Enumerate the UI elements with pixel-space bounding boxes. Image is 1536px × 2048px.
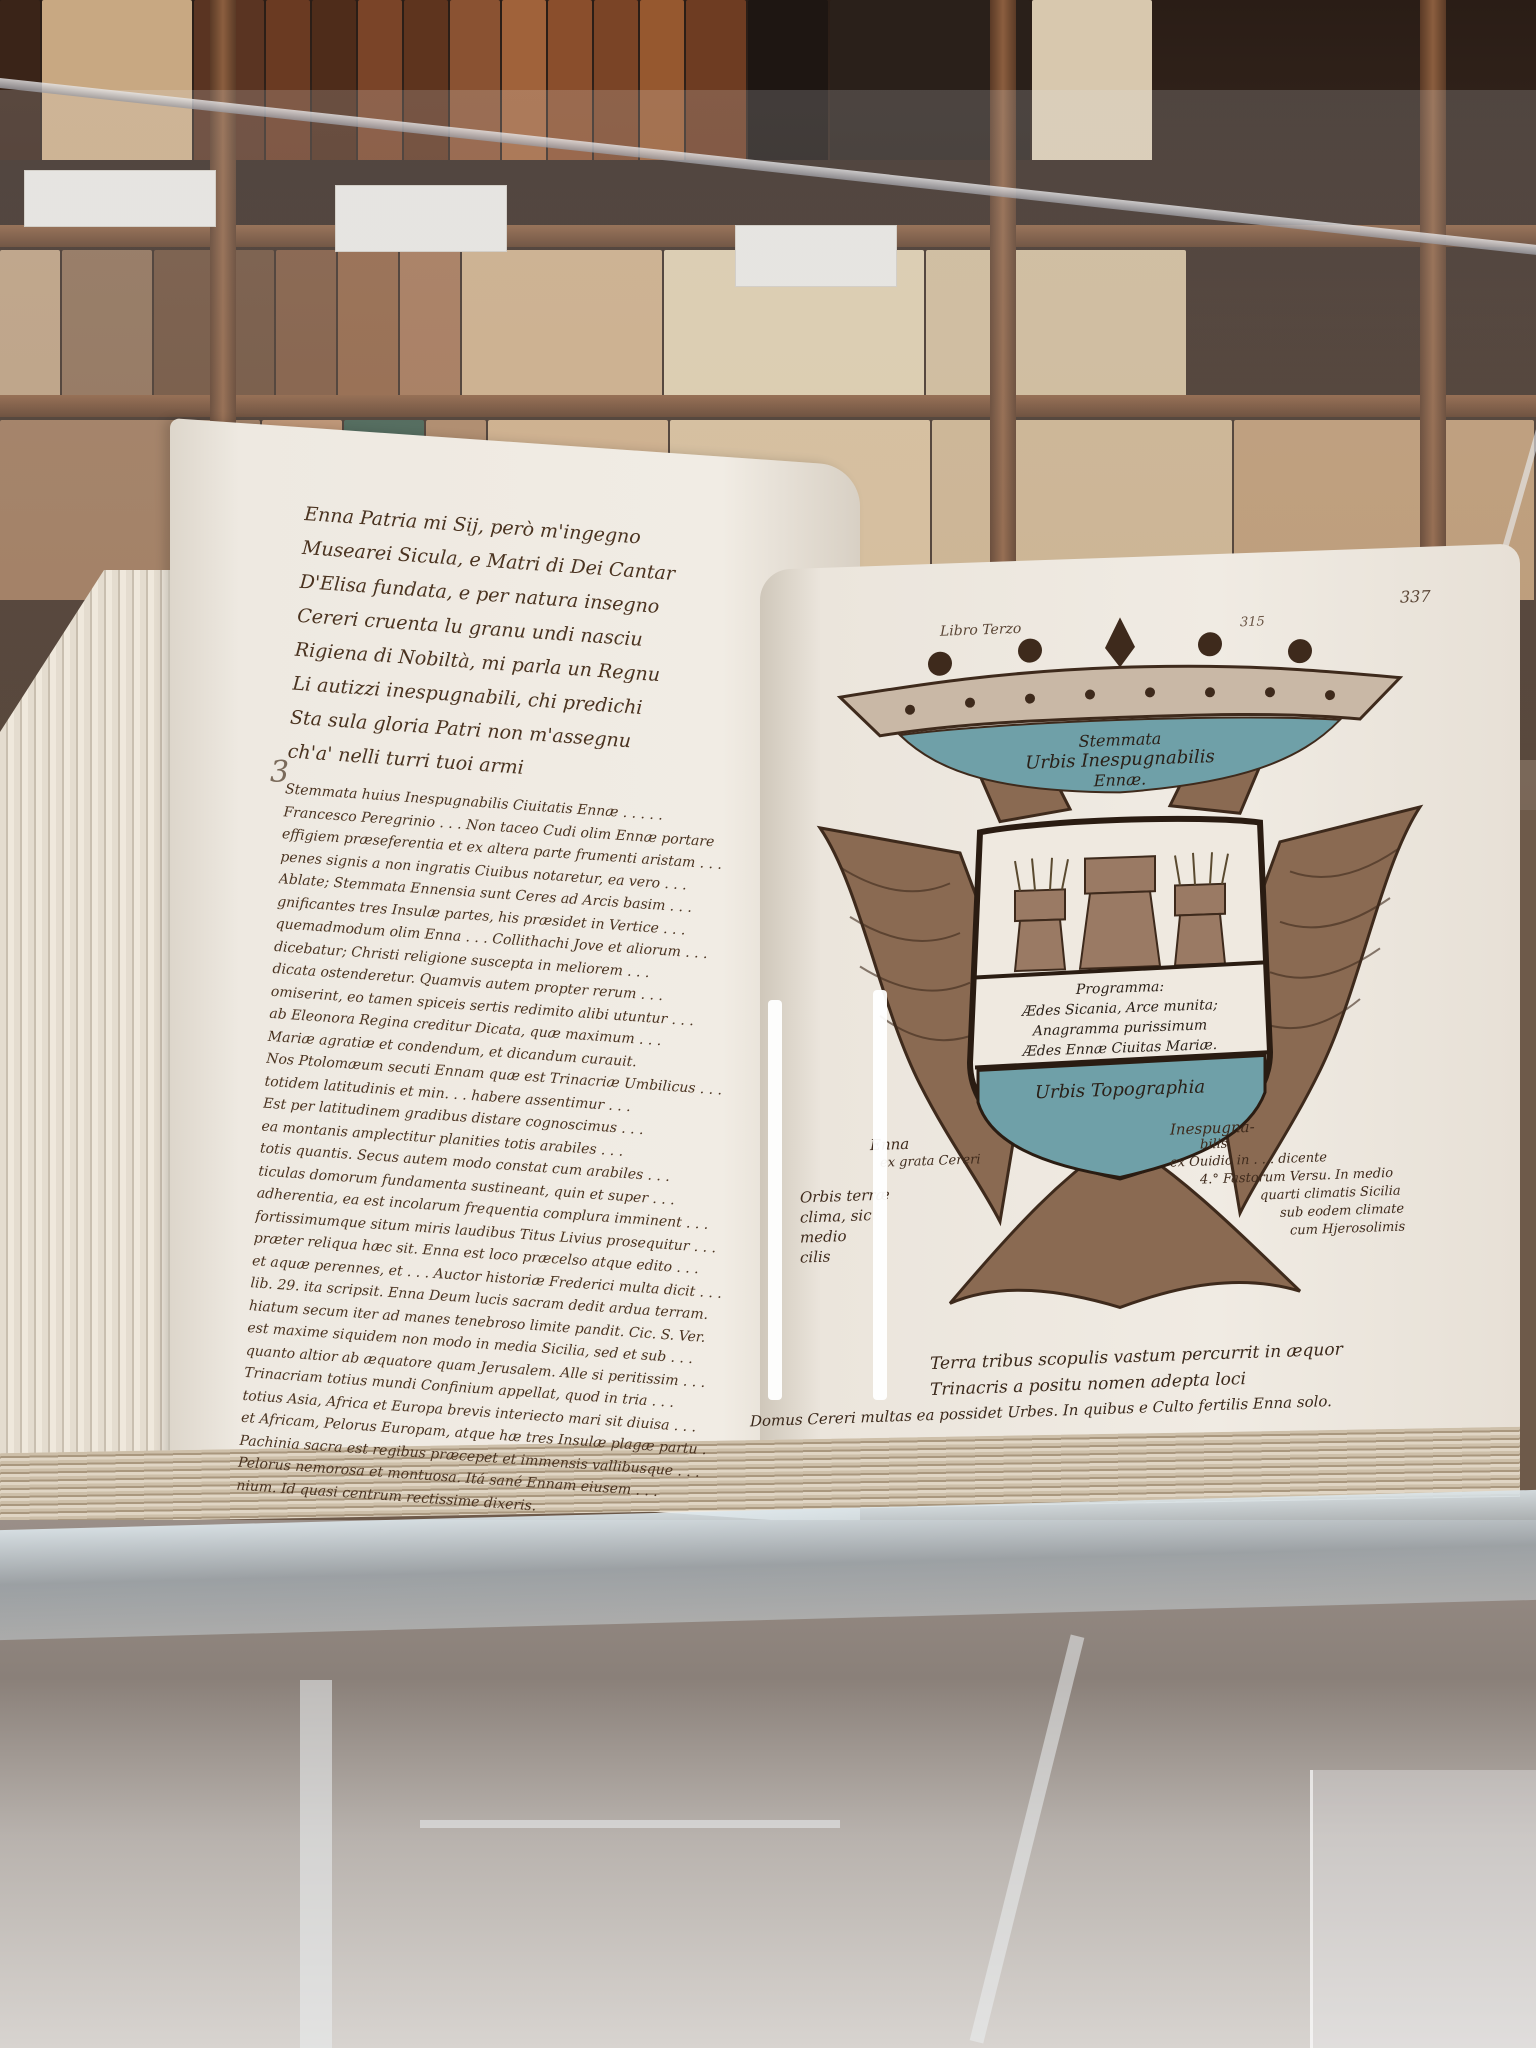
display-case-corner — [1310, 1770, 1536, 2048]
display-stand-crossbar — [420, 1820, 840, 1828]
shield-line-1: Programma: — [1075, 979, 1164, 998]
left-caption: medio — [800, 1227, 847, 1247]
left-page-text: Enna Patria mi Sij, però m'ingegno Musea… — [235, 505, 773, 1533]
display-stand-leg — [300, 1680, 332, 2048]
page-number: 337 — [1400, 587, 1431, 607]
left-caption: cilis — [800, 1248, 831, 1267]
coat-of-arms-illustration: Stemmata Urbis Inespugnabilis Ennæ. Prog — [800, 606, 1440, 1328]
open-manuscript: 3 Enna Patria mi Sij, però m'ingegno Mus… — [0, 420, 1520, 1520]
photo-scene: 3 Enna Patria mi Sij, però m'ingegno Mus… — [0, 0, 1536, 2048]
banner-line-3: Ennæ. — [1093, 770, 1146, 791]
right-caption: bilis — [1200, 1137, 1227, 1153]
right-caption: Inespugna- — [1170, 1118, 1255, 1139]
light-reflection — [873, 990, 887, 1400]
light-reflection — [768, 1000, 782, 1400]
left-caption: clima, sic — [800, 1206, 872, 1227]
bottom-verse: Terra tribus scopulis vastum percurrit i… — [750, 1340, 1343, 1437]
